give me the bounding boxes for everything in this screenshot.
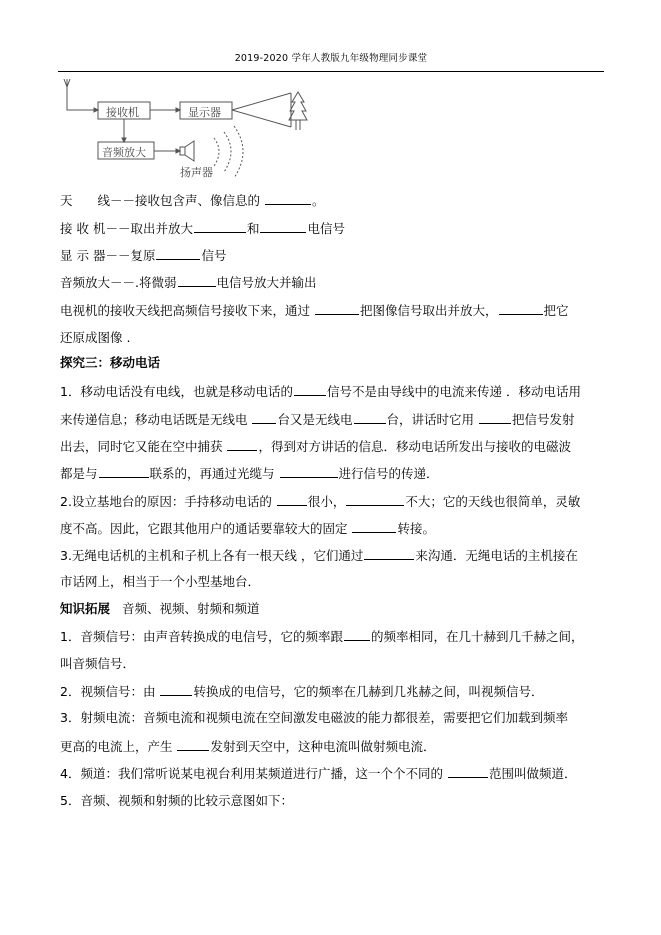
paragraph-text: 来传递信息；移动电话既是无线电 [60, 412, 251, 427]
paragraph-text: 把图像信号取出并放大， [360, 303, 498, 318]
paragraph-text: 台又是无线电 [277, 412, 352, 427]
diagram-speaker-label: 扬声器 [180, 164, 213, 180]
ext-item1-line1: 1．音频信号：由声音转换成的电信号，它的频率跟的频率相同，在几十赫到几千赫之间， [60, 628, 583, 645]
paragraph-text: ，得到对方讲话的信息．移动电话所发出与接收的电磁波 [258, 439, 571, 454]
answer-blank[interactable] [194, 220, 246, 233]
answer-blank[interactable] [277, 493, 307, 506]
answer-blank[interactable] [260, 220, 306, 233]
answer-blank[interactable] [156, 247, 200, 260]
ext-item5: 5．音频、视频和射频的比较示意图如下： [60, 793, 293, 809]
paragraph-text: 电视机的接收天线把高频信号接收下来，通过 [60, 303, 314, 318]
answer-blank[interactable] [448, 765, 488, 778]
paragraph-text: 联系的，再通过光缆与 [150, 466, 279, 481]
sound-waves-icon [214, 126, 243, 178]
component-display: 显 示 器－－复原信号 [60, 247, 226, 264]
header-divider [58, 71, 604, 72]
paragraph-text: 转换成的电信号，它的频率在几赫到几兆赫之间，叫视频信号． [193, 684, 543, 699]
component-desc: －－复原 [105, 248, 155, 263]
answer-blank[interactable] [364, 547, 414, 560]
s3-p1-line2: 来传递信息；移动电话既是无线电 台又是无线电台，讲话时它用 把信号发射 [60, 411, 575, 428]
component-name: 显 示 器 [60, 248, 105, 263]
diagram-box-display: 显示器 [188, 104, 221, 120]
s3-p2-line1: 2.设立基地台的原因：手持移动电话的 很小，不大；它的天线也很简单，灵敏 [60, 493, 580, 510]
paragraph-text: 4．频道：我们常听说某电视台利用某频道进行广播，这一个个不同的 [60, 766, 447, 781]
paragraph-text: 出去，同时它又能在空中捕获 [60, 439, 226, 454]
s3-p2-line2: 度不高。因此，它跟其他用户的通话要靠较大的固定 转接。 [60, 520, 435, 537]
answer-blank[interactable] [99, 465, 149, 478]
ext-item3-line1: 3．射频电流：音频电流和视频电流在空间激发电磁波的能力都很差，需要把它们加载到频… [60, 710, 568, 726]
paragraph-text: 都是与 [60, 466, 98, 481]
answer-blank[interactable] [252, 411, 276, 424]
answer-blank[interactable] [346, 493, 404, 506]
paragraph-text: 范围叫做频道． [489, 766, 577, 781]
diagram-box-receiver: 接收机 [106, 104, 139, 120]
paragraph-text: 转接。 [397, 521, 435, 536]
answer-blank[interactable] [499, 302, 543, 315]
ext-item4: 4．频道：我们常听说某电视台利用某频道进行广播，这一个个不同的 范围叫做频道． [60, 765, 576, 782]
s3-p3-line1: 3.无绳电话机的主机和子机上各有一根天线 ，它们通过来沟通．无绳电话的主机接在 [60, 547, 578, 564]
s3-p1-line1: 1．移动电话没有电线，也就是移动电话的信号不是由导线中的电流来传递 ．移动电话用 [60, 383, 581, 400]
paragraph-text: 不大；它的天线也很简单，灵敏 [405, 494, 580, 509]
component-desc-end: 电信号 [307, 221, 345, 236]
component-desc: －－取出并放大 [105, 221, 193, 236]
answer-blank[interactable] [479, 411, 511, 424]
answer-blank[interactable] [344, 628, 370, 641]
antenna-icon [64, 79, 94, 110]
s3-p3-line2: 市话网上，相当于一个小型基地台． [60, 574, 260, 590]
extension-subtitle: 音频、视频、射频和频道 [122, 601, 260, 616]
paragraph-text: 台，讲话时它用 [387, 412, 478, 427]
paragraph-text: 2.设立基地台的原因：手持移动电话的 [60, 494, 276, 509]
page-header-title: 2019-2020 学年人教版九年级物理同步课堂 [58, 50, 604, 64]
component-audio-amp: 音频放大－－.将微弱电信号放大并输出 [60, 274, 317, 291]
ext-item2: 2．视频信号：由 转换成的电信号，它的频率在几赫到几兆赫之间，叫视频信号． [60, 683, 543, 700]
paragraph-text: 信号不是由导线中的电流来传递 ．移动电话用 [327, 384, 581, 399]
ext-item3-line2: 更高的电流上，产生 发射到天空中，这种电流叫做射频电流． [60, 738, 436, 755]
paragraph-text: 1．移动电话没有电线，也就是移动电话的 [60, 384, 293, 399]
answer-blank[interactable] [227, 438, 257, 451]
answer-blank[interactable] [265, 192, 311, 205]
component-desc: －－.将微弱 [110, 275, 176, 290]
component-desc-end: 。 [312, 193, 325, 208]
diagram-box-audio-amp: 音频放大 [102, 144, 146, 160]
extension-heading: 知识拓展 音频、视频、射频和频道 [60, 601, 259, 617]
answer-blank[interactable] [315, 302, 359, 315]
answer-blank[interactable] [280, 465, 338, 478]
paragraph-text: 把信号发射 [512, 412, 575, 427]
tv-paragraph-line2: 还原成图像 . [60, 330, 130, 346]
paragraph-text: 发射到天空中，这种电流叫做射频电流． [210, 739, 435, 754]
answer-blank[interactable] [177, 738, 209, 751]
tv-receiver-diagram: 接收机 显示器 音频放大 扬声器 [58, 76, 328, 180]
paragraph-text: 来沟通．无绳电话的主机接在 [415, 548, 578, 563]
answer-blank[interactable] [354, 411, 386, 424]
tree-icon [289, 92, 307, 120]
component-name: 音频放大 [60, 275, 110, 290]
answer-blank[interactable] [160, 683, 192, 696]
component-desc: －－接收包含声、像信息的 [110, 193, 260, 208]
component-antenna: 天 线－－接收包含声、像信息的 。 [60, 192, 325, 209]
paragraph-text: 3.无绳电话机的主机和子机上各有一根天线 ，它们通过 [60, 548, 363, 563]
component-name: 接 收 机 [60, 221, 105, 236]
paragraph-text: 很小， [308, 494, 346, 509]
section-title-mobile-phone: 探究三：移动电话 [60, 355, 160, 371]
paragraph-text: 度不高。因此，它跟其他用户的通话要靠较大的固定 [60, 521, 351, 536]
paragraph-text: 的频率相同，在几十赫到几千赫之间， [371, 629, 584, 644]
component-desc-end: 信号 [201, 248, 226, 263]
s3-p1-line3: 出去，同时它又能在空中捕获 ，得到对方讲话的信息．移动电话所发出与接收的电磁波 [60, 438, 571, 455]
paragraph-text: 2．视频信号：由 [60, 684, 159, 699]
component-desc-mid: 和 [247, 221, 260, 236]
answer-blank[interactable] [352, 520, 396, 533]
component-desc-end: 电信号放大并输出 [217, 275, 317, 290]
paragraph-text: 1．音频信号：由声音转换成的电信号，它的频率跟 [60, 629, 343, 644]
answer-blank[interactable] [178, 274, 216, 287]
tv-paragraph-line1: 电视机的接收天线把高频信号接收下来，通过 把图像信号取出并放大，把它 [60, 302, 569, 319]
component-name: 天 线 [60, 193, 110, 208]
extension-title: 知识拓展 [60, 601, 110, 616]
component-receiver: 接 收 机－－取出并放大和电信号 [60, 220, 345, 237]
paragraph-text: 更高的电流上，产生 [60, 739, 176, 754]
paragraph-text: 进行信号的传递． [339, 466, 439, 481]
s3-p1-line4: 都是与联系的，再通过光缆与 进行信号的传递． [60, 465, 439, 482]
answer-blank[interactable] [294, 383, 326, 396]
paragraph-text: 把它 [544, 303, 569, 318]
ext-item1-line2: 叫音频信号． [60, 656, 135, 672]
